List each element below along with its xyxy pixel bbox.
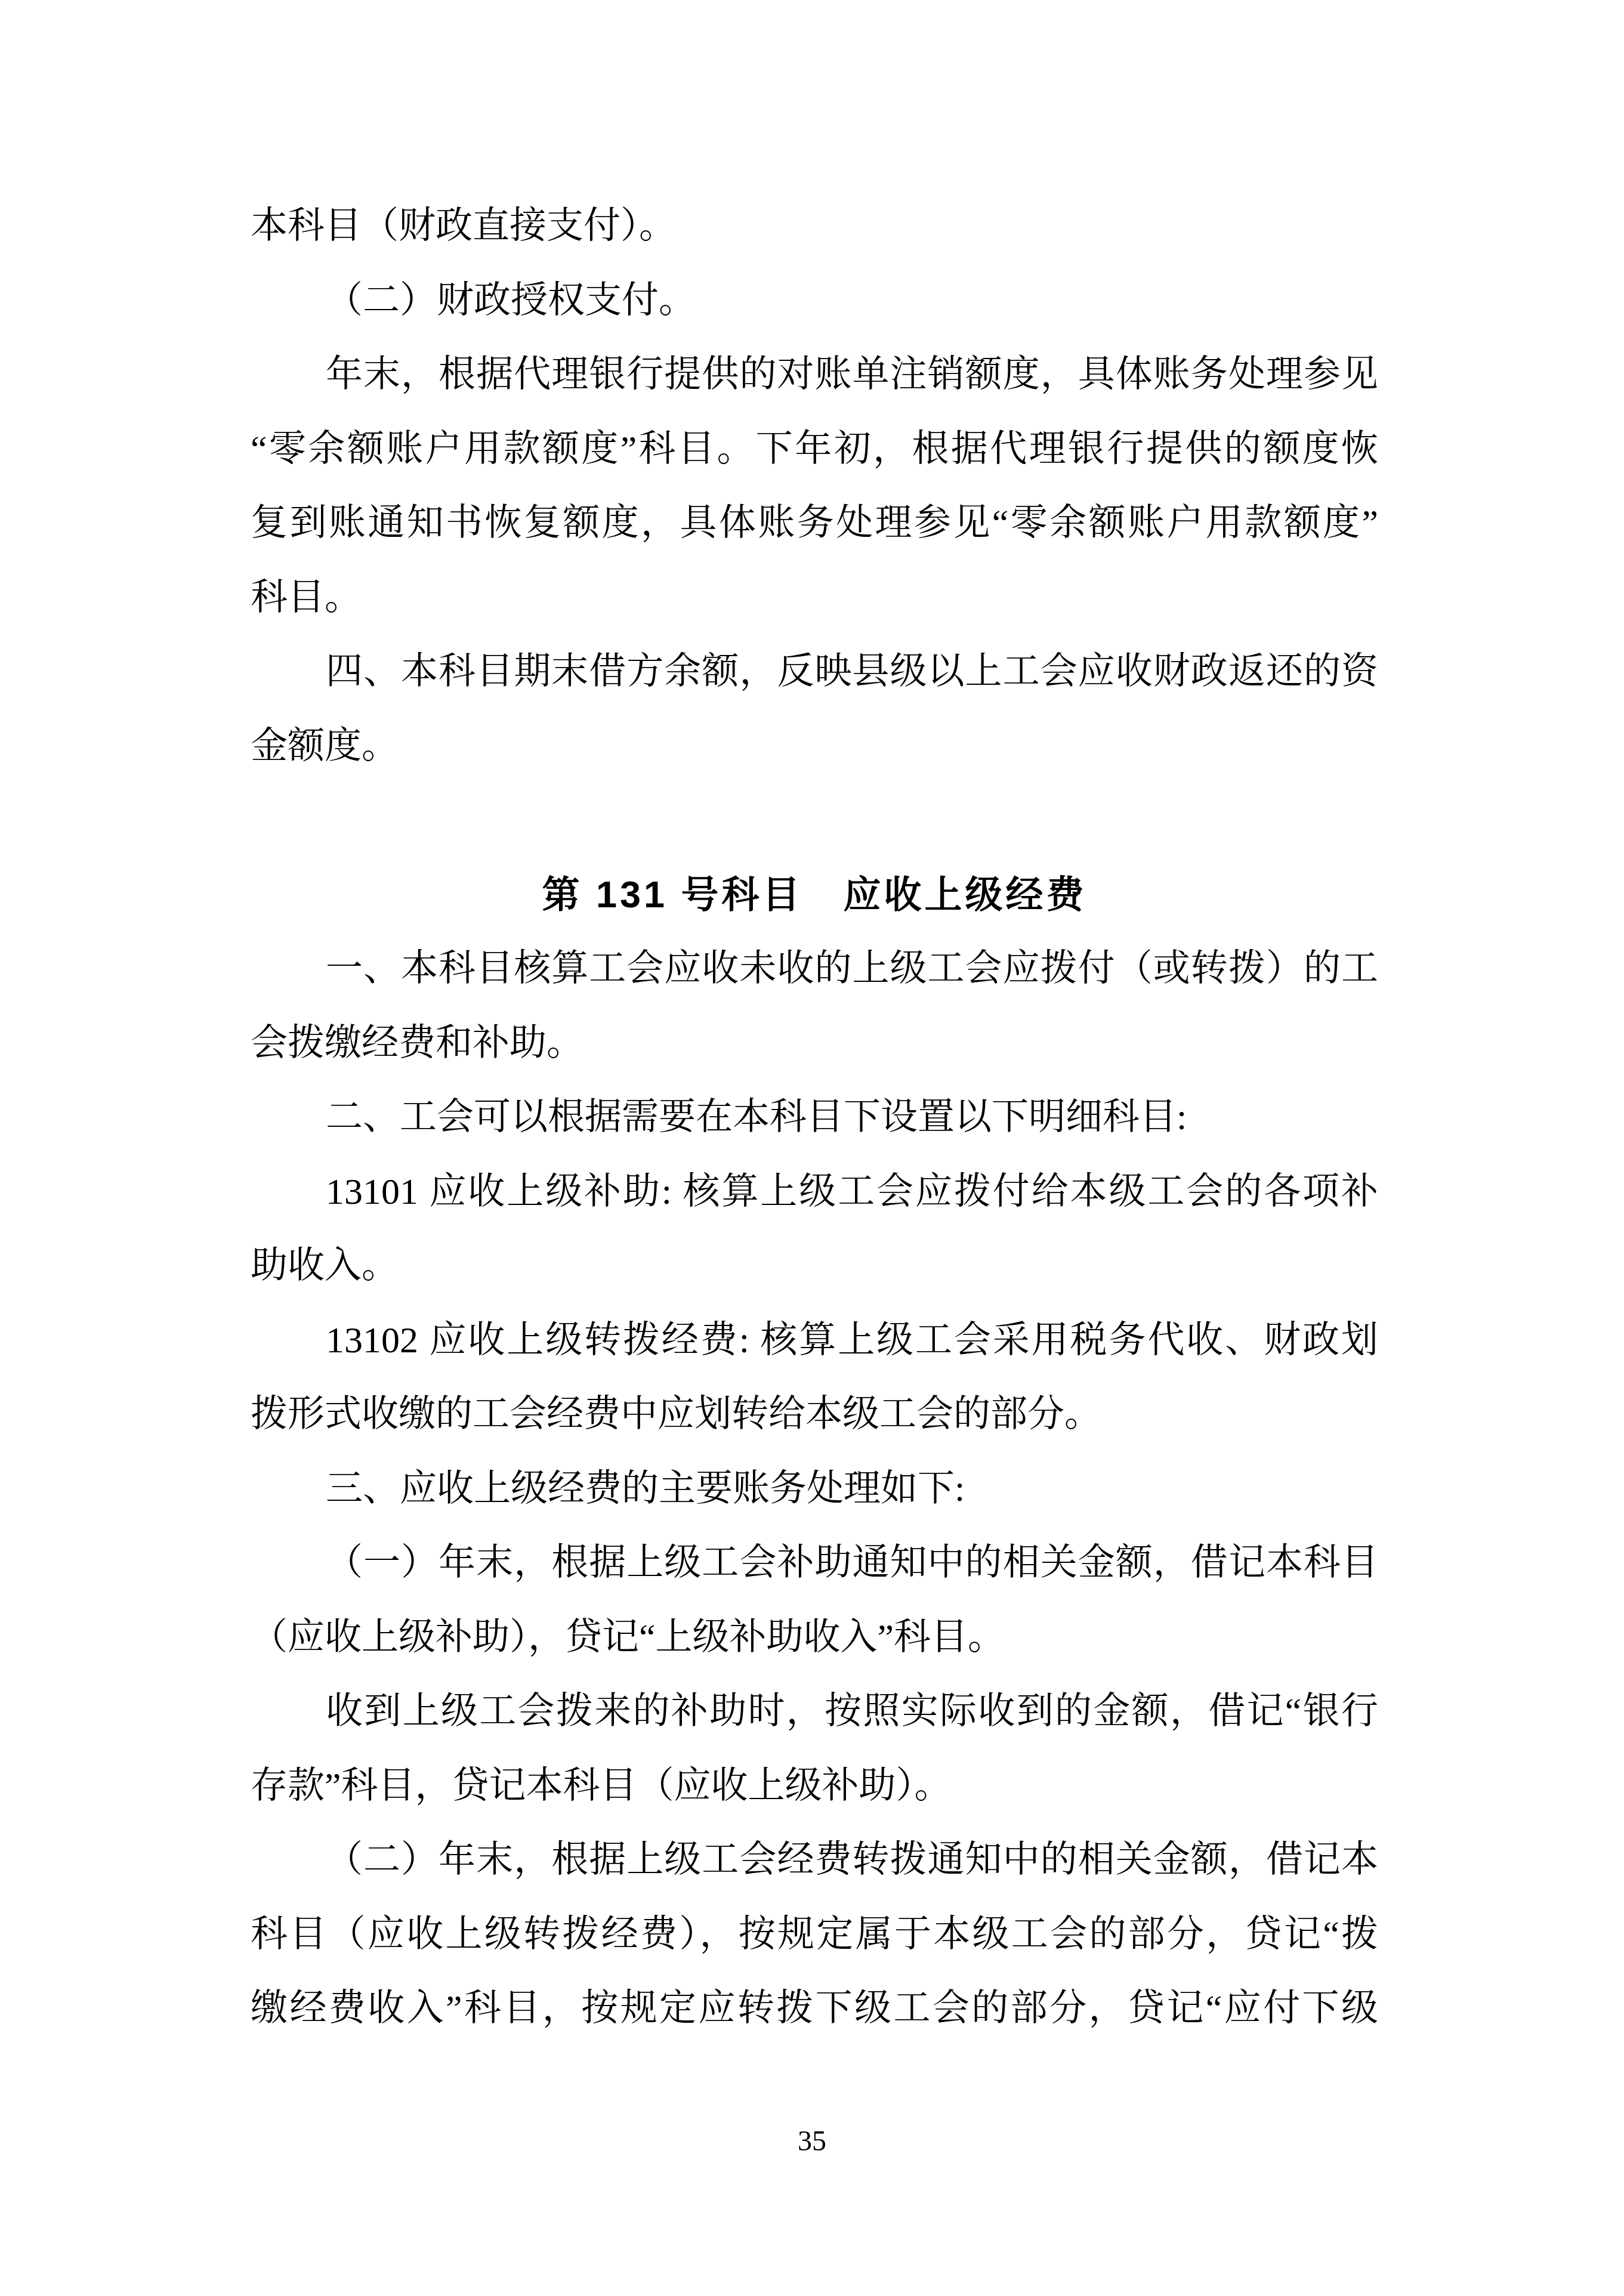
text-line: 拨形式收缴的工会经费中应划转给本级工会的部分。: [251, 1377, 1378, 1452]
page-number: 35: [0, 2124, 1624, 2159]
text-line: 二、工会可以根据需要在本科目下设置以下明细科目:: [251, 1080, 1378, 1155]
text-line: “零余额账户用款额度”科目。下年初，根据代理银行提供的额度恢: [251, 412, 1378, 487]
text-line: 一、本科目核算工会应收未收的上级工会应拨付（或转拨）的工: [251, 932, 1378, 1006]
text-line: 本科目（财政直接支付）。: [251, 189, 1378, 264]
text-line: （应收上级补助），贷记“上级补助收入”科目。: [251, 1600, 1378, 1675]
document-page: 本科目（财政直接支付）。 （二）财政授权支付。 年末，根据代理银行提供的对账单注…: [0, 0, 1624, 2296]
text-line: 13102 应收上级转拨经费: 核算上级工会采用税务代收、财政划: [251, 1303, 1378, 1378]
text-line: 会拨缴经费和补助。: [251, 1006, 1378, 1081]
text-line: 三、应收上级经费的主要账务处理如下:: [251, 1452, 1378, 1526]
text-line: 13101 应收上级补助: 核算上级工会应拨付给本级工会的各项补: [251, 1155, 1378, 1229]
blank-line: [251, 783, 1378, 858]
text-line: （二）年末，根据上级工会经费转拨通知中的相关金额，借记本: [251, 1823, 1378, 1898]
text-line: 科目。: [251, 561, 1378, 635]
text-line: 存款”科目，贷记本科目（应收上级补助）。: [251, 1749, 1378, 1824]
text-line: 金额度。: [251, 709, 1378, 784]
text-line: 助收入。: [251, 1229, 1378, 1303]
text-line: 年末，根据代理银行提供的对账单注销额度，具体账务处理参见: [251, 338, 1378, 412]
text-line: 科目（应收上级转拨经费），按规定属于本级工会的部分，贷记“拨: [251, 1898, 1378, 1972]
text-line: 复到账通知书恢复额度，具体账务处理参见“零余额账户用款额度”: [251, 486, 1378, 561]
text-line: 收到上级工会拨来的补助时，按照实际收到的金额，借记“银行: [251, 1674, 1378, 1749]
document-body: 本科目（财政直接支付）。 （二）财政授权支付。 年末，根据代理银行提供的对账单注…: [251, 189, 1378, 2046]
section-heading: 第 131 号科目 应收上级经费: [251, 858, 1378, 932]
text-line: （一）年末，根据上级工会补助通知中的相关金额，借记本科目: [251, 1526, 1378, 1600]
text-line: （二）财政授权支付。: [251, 264, 1378, 338]
text-line: 缴经费收入”科目，按规定应转拨下级工会的部分，贷记“应付下级: [251, 1971, 1378, 2046]
text-line: 四、本科目期末借方余额，反映县级以上工会应收财政返还的资: [251, 635, 1378, 709]
